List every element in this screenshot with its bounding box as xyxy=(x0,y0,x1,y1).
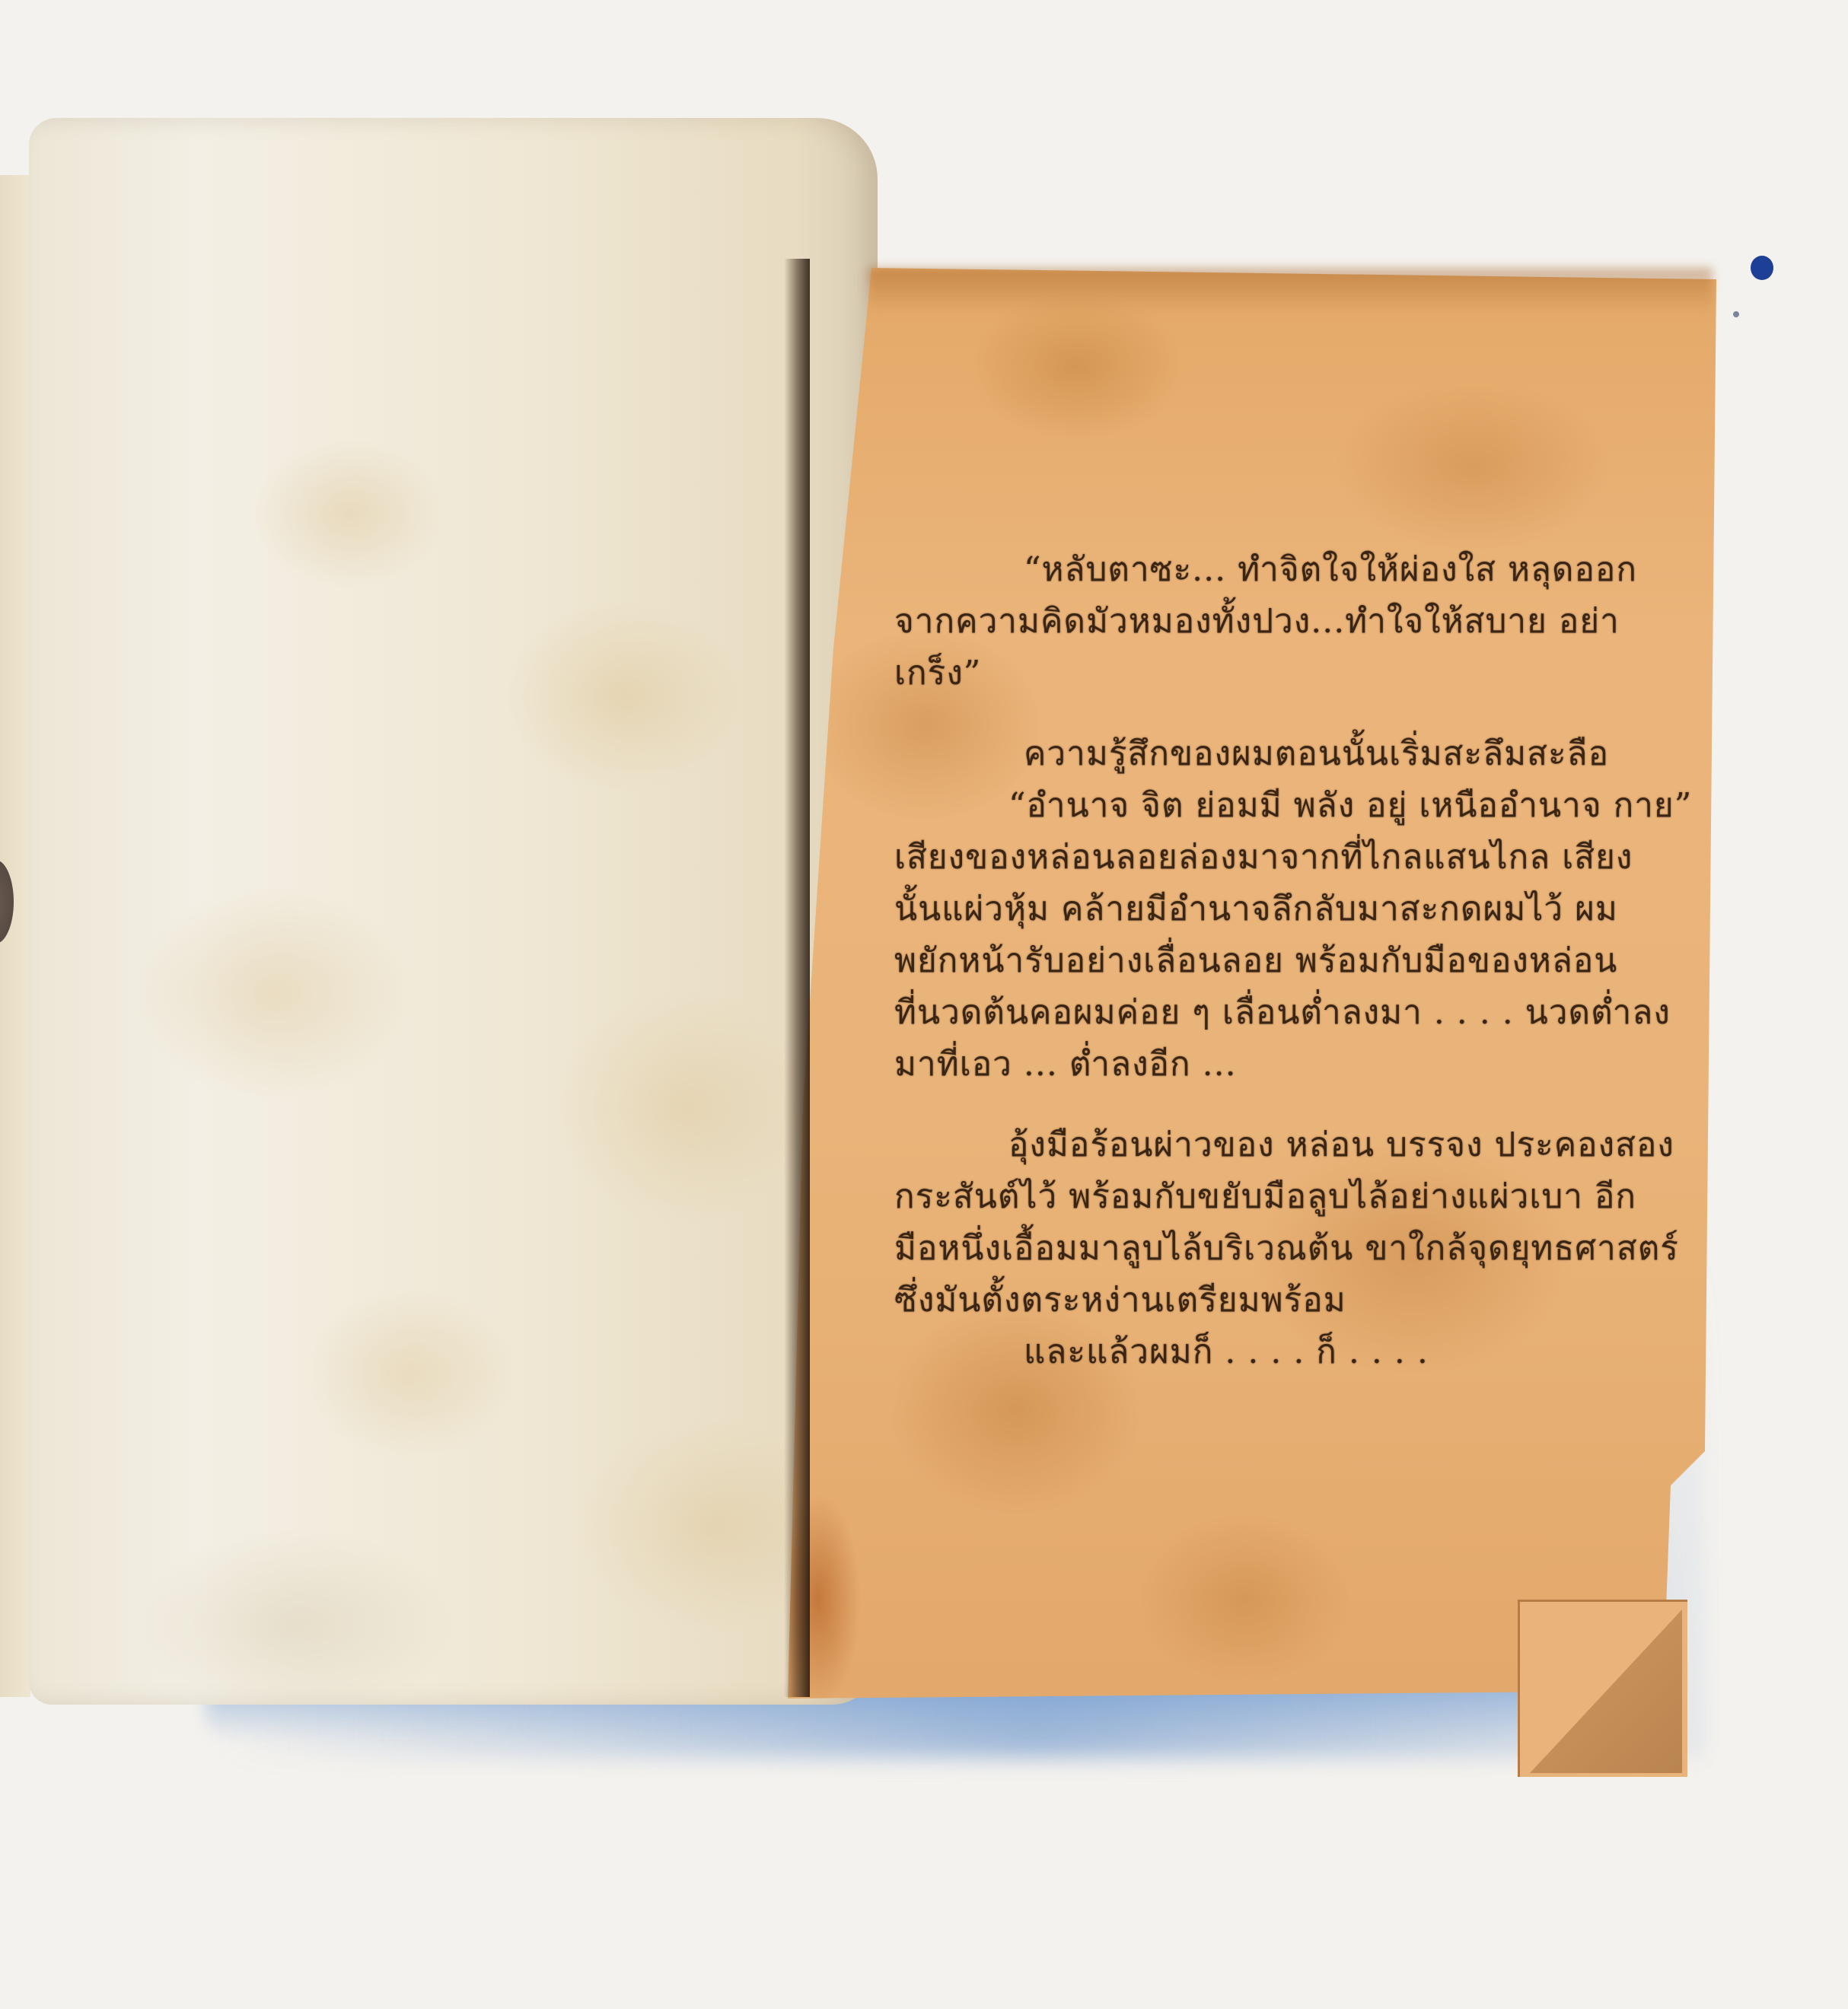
text-line: ซึ่งมันตั้งตระหง่านเตรียมพร้อม xyxy=(894,1275,1572,1326)
page-text: “หลับตาซะ... ทำจิตใจให้ผ่องใส หลุดออก จา… xyxy=(894,544,1572,1378)
text-line: พยักหน้ารับอย่างเลื่อนลอย พร้อมกับมือของ… xyxy=(894,935,1572,987)
text-line: “หลับตาซะ... ทำจิตใจให้ผ่องใส หลุดออก xyxy=(894,544,1572,596)
text-line: เกร็ง” xyxy=(894,648,1572,699)
text-line: มาที่เอว ... ต่ำลงอีก ... xyxy=(894,1039,1572,1090)
book-spine-gutter xyxy=(784,259,810,1697)
text-line: นั้นแผ่วหุ้ม คล้ายมีอำนาจลึกลับมาสะกดผมไ… xyxy=(894,884,1572,935)
text-line: อุ้งมือร้อนผ่าวของ หล่อน บรรจง ประคองสอง xyxy=(894,1119,1572,1171)
text-line: กระสันต์ไว้ พร้อมกับขยับมือลูบไล้อย่างแผ… xyxy=(894,1171,1572,1223)
book-photo: “หลับตาซะ... ทำจิตใจให้ผ่องใส หลุดออก จา… xyxy=(0,0,1848,2009)
text-line: และแล้วผมก็ . . . . ก็ . . . . xyxy=(894,1326,1572,1378)
text-line: “อำนาจ จิต ย่อมมี พลัง อยู่ เหนืออำนาจ ก… xyxy=(894,780,1572,832)
water-stain xyxy=(868,268,1713,314)
text-line: เสียงของหล่อนลอยล่องมาจากที่ไกลแสนไกล เส… xyxy=(894,832,1572,884)
left-page-blank xyxy=(29,118,878,1705)
text-line: จากความคิดมัวหมองทั้งปวง...ทำใจให้สบาย อ… xyxy=(894,596,1572,648)
blue-ink-dot xyxy=(1751,256,1773,280)
ink-speck xyxy=(1733,311,1739,317)
text-line: ความรู้สึกของผมตอนนั้นเริ่มสะลึมสะลือ xyxy=(894,728,1572,780)
text-line: ที่นวดต้นคอผมค่อย ๆ เลื่อนต่ำลงมา . . . … xyxy=(894,987,1572,1039)
text-line: มือหนึ่งเอื้อมมาลูบไล้บริเวณต้น ขาใกล้จุ… xyxy=(894,1223,1572,1275)
